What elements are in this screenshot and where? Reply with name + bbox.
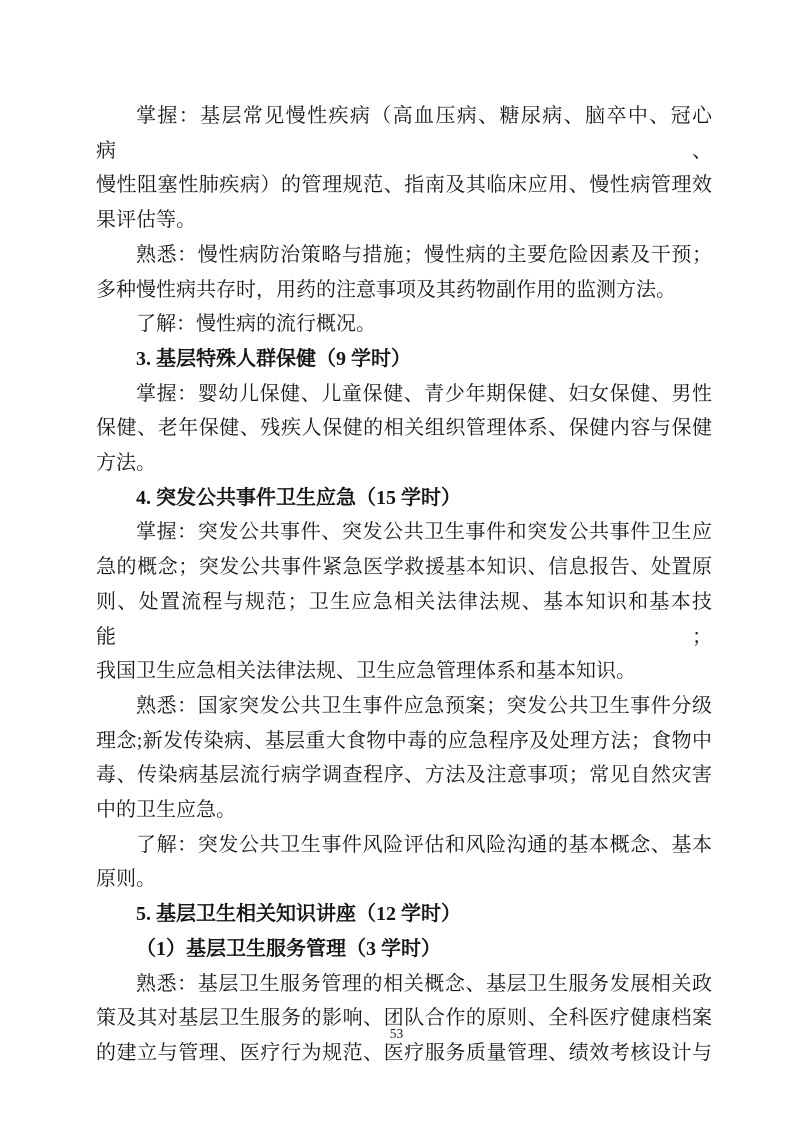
text-line: 中的卫生应急。: [96, 793, 712, 828]
text-line: 掌握：婴幼儿保健、儿童保健、青少年期保健、妇女保健、男性: [96, 377, 712, 412]
text-line: 理念;新发传染病、基层重大食物中毒的应急程序及处理方法；食物中: [96, 724, 712, 759]
text-line: 急的概念；突发公共事件紧急医学救援基本知识、信息报告、处置原: [96, 550, 712, 585]
text-line: 保健、老年保健、残疾人保健的相关组织管理体系、保健内容与保健: [96, 411, 712, 446]
section-heading: （1）基层卫生服务管理（3 学时）: [96, 932, 712, 967]
document-body: 掌握：基层常见慢性疾病（高血压病、糖尿病、脑卒中、冠心病、慢性阻塞性肺疾病）的管…: [96, 99, 712, 1071]
text-line: 熟悉：慢性病防治策略与措施；慢性病的主要危险因素及干预；: [96, 238, 712, 273]
text-line: 熟悉：基层卫生服务管理的相关概念、基层卫生服务发展相关政: [96, 967, 712, 1002]
page-number: 53: [0, 1026, 793, 1042]
text-line: 我国卫生应急相关法律法规、卫生应急管理体系和基本知识。: [96, 654, 712, 689]
section-heading: 4. 突发公共事件卫生应急（15 学时）: [96, 481, 712, 516]
section-heading: 3. 基层特殊人群保健（9 学时）: [96, 342, 712, 377]
text-line: 原则。: [96, 862, 712, 897]
text-line: 熟悉：国家突发公共卫生事件应急预案；突发公共卫生事件分级: [96, 689, 712, 724]
text-line: 多种慢性病共存时，用药的注意事项及其药物副作用的监测方法。: [96, 273, 712, 308]
text-line: 则、处置流程与规范；卫生应急相关法律法规、基本知识和基本技能；: [96, 585, 712, 654]
text-line: 果评估等。: [96, 203, 712, 238]
text-line: 毒、传染病基层流行病学调查程序、方法及注意事项；常见自然灾害: [96, 758, 712, 793]
text-line: 了解：突发公共卫生事件风险评估和风险沟通的基本概念、基本: [96, 828, 712, 863]
text-line: 慢性阻塞性肺疾病）的管理规范、指南及其临床应用、慢性病管理效: [96, 168, 712, 203]
text-line: 掌握：基层常见慢性疾病（高血压病、糖尿病、脑卒中、冠心病、: [96, 99, 712, 168]
text-line: 方法。: [96, 446, 712, 481]
text-line: 掌握：突发公共事件、突发公共卫生事件和突发公共事件卫生应: [96, 515, 712, 550]
text-line: 了解：慢性病的流行概况。: [96, 307, 712, 342]
document-page: 掌握：基层常见慢性疾病（高血压病、糖尿病、脑卒中、冠心病、慢性阻塞性肺疾病）的管…: [0, 0, 793, 1122]
section-heading: 5. 基层卫生相关知识讲座（12 学时）: [96, 897, 712, 932]
